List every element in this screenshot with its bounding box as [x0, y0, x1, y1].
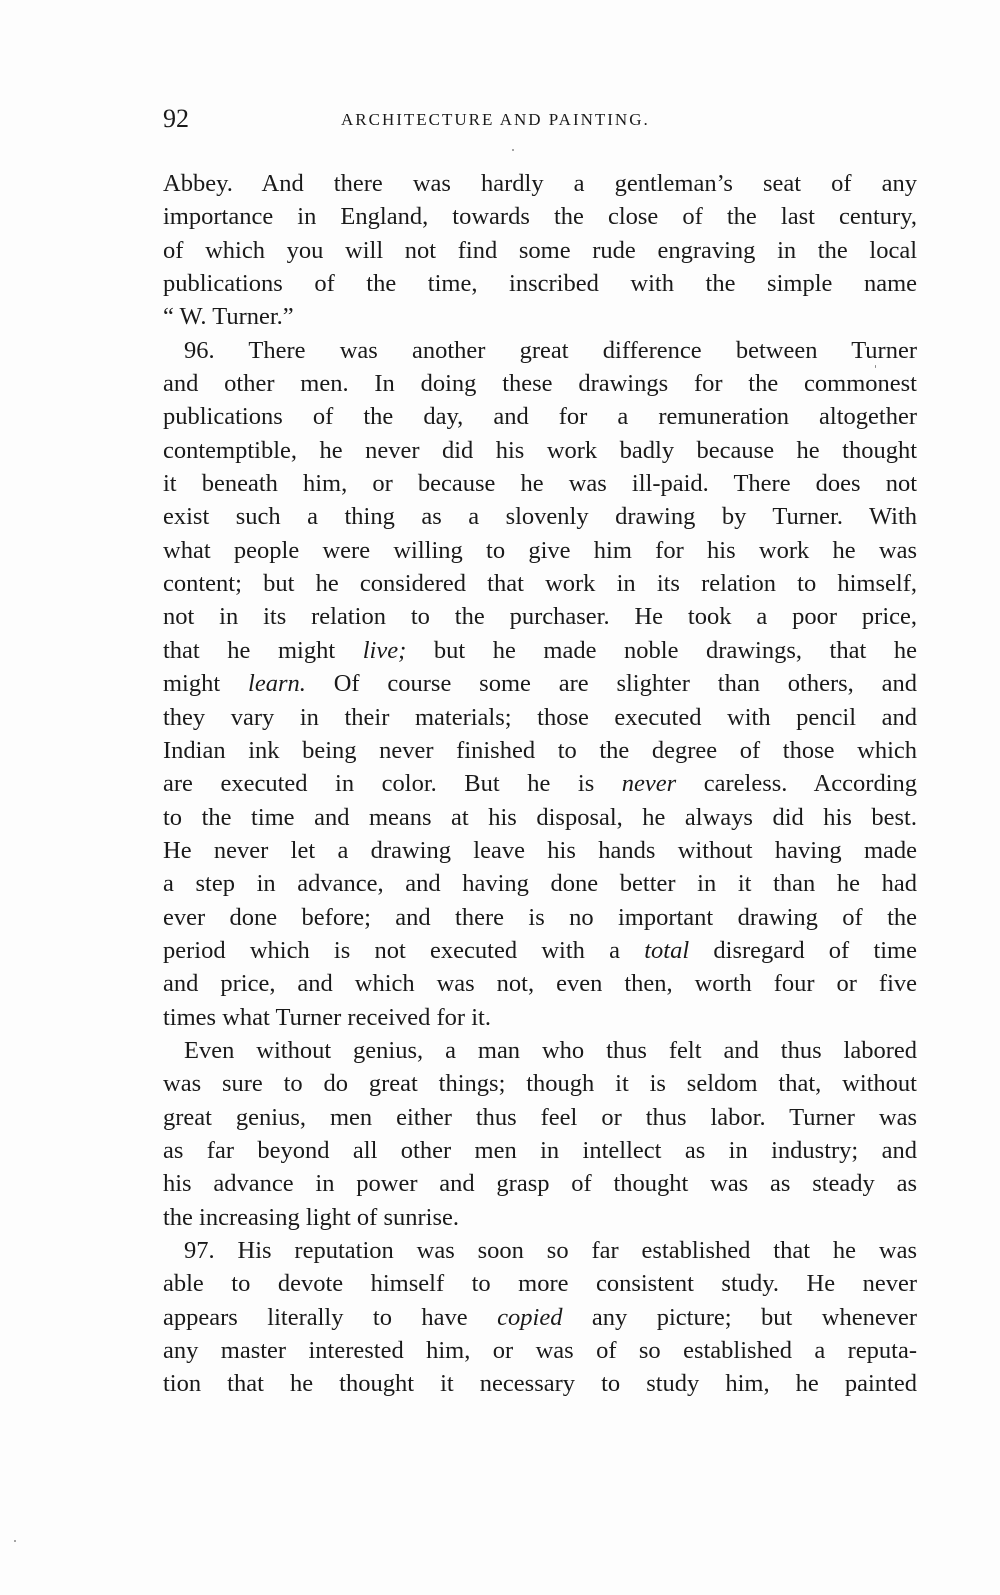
text-line: Abbey. And there was hardly a gentleman’… [163, 167, 917, 200]
text-line: was sure to do great things; though it i… [163, 1067, 917, 1100]
text-line: the increasing light of sunrise. [163, 1201, 917, 1234]
text-line: times what Turner received for it. [163, 1001, 917, 1034]
paragraph-97-start: 97. His reputation was soon so far estab… [163, 1234, 917, 1267]
text-run: might [163, 670, 248, 697]
text-line: they vary in their materials; those exec… [163, 701, 917, 734]
text-line: it beneath him, or because he was ill-pa… [163, 467, 917, 500]
scan-speck [14, 1540, 16, 1542]
paragraph-start: Even without genius, a man who thus felt… [163, 1034, 917, 1067]
text-line: what people were willing to give him for… [163, 534, 917, 567]
text-line: of which you will not find some rude eng… [163, 234, 917, 267]
text-line: his advance in power and grasp of though… [163, 1167, 917, 1200]
text-line: and other men. In doing these drawings f… [163, 367, 917, 400]
text-line: period which is not executed with a tota… [163, 934, 917, 967]
italic-emphasis: learn. [248, 670, 306, 697]
italic-emphasis: live; [363, 637, 407, 664]
running-head-title: ARCHITECTURE AND PAINTING. [341, 108, 650, 132]
text-line: and price, and which was not, even then,… [163, 967, 917, 1000]
text-run: are executed in color. But he is [163, 770, 622, 797]
text-line: as far beyond all other men in intellect… [163, 1134, 917, 1167]
text-line: Indian ink being never finished to the d… [163, 734, 917, 767]
text-line: content; but he considered that work in … [163, 567, 917, 600]
text-line: able to devote himself to more consisten… [163, 1267, 917, 1300]
text-line: publications of the time, inscribed with… [163, 267, 917, 300]
text-line: appears literally to have copied any pic… [163, 1301, 917, 1334]
scan-speck [512, 149, 514, 151]
text-run: disregard of time [689, 937, 917, 964]
text-line: contemptible, he never did his work badl… [163, 434, 917, 467]
text-run: Of course some are slighter than others,… [306, 670, 917, 697]
text-run: that he might [163, 637, 363, 664]
text-line: that he might live; but he made noble dr… [163, 634, 917, 667]
text-line: not in its relation to the purchaser. He… [163, 600, 917, 633]
page-number: 92 [163, 104, 189, 134]
text-run: but he made noble drawings, that he [406, 637, 917, 664]
text-run: careless. According [676, 770, 917, 797]
text-run: appears literally to have [163, 1304, 497, 1331]
text-line: exist such a thing as a slovenly drawing… [163, 500, 917, 533]
italic-emphasis: total [644, 937, 689, 964]
text-line: ever done before; and there is no import… [163, 901, 917, 934]
text-line: to the time and means at his disposal, h… [163, 801, 917, 834]
text-run: any picture; but whenever [562, 1304, 917, 1331]
text-line: “ W. Turner.” [163, 300, 917, 333]
body-text: Abbey. And there was hardly a gentleman’… [163, 167, 917, 1401]
text-line: might learn. Of course some are slighter… [163, 667, 917, 700]
text-line: He never let a drawing leave his hands w… [163, 834, 917, 867]
text-line: great genius, men either thus feel or th… [163, 1101, 917, 1134]
italic-emphasis: copied [497, 1304, 562, 1331]
text-run: period which is not executed with a [163, 937, 644, 964]
text-line: a step in advance, and having done bette… [163, 867, 917, 900]
text-line: importance in England, towards the close… [163, 200, 917, 233]
scan-speck [875, 365, 876, 368]
text-line: are executed in color. But he is never c… [163, 767, 917, 800]
paragraph-96-start: 96. There was another great difference b… [163, 334, 917, 367]
text-line: any master interested him, or was of so … [163, 1334, 917, 1367]
book-page: 92 ARCHITECTURE AND PAINTING. Abbey. And… [0, 0, 1000, 1595]
text-line: tion that he thought it necessary to stu… [163, 1367, 917, 1400]
running-head: 92 ARCHITECTURE AND PAINTING. [163, 104, 917, 134]
text-line: publications of the day, and for a remun… [163, 400, 917, 433]
italic-emphasis: never [622, 770, 676, 797]
